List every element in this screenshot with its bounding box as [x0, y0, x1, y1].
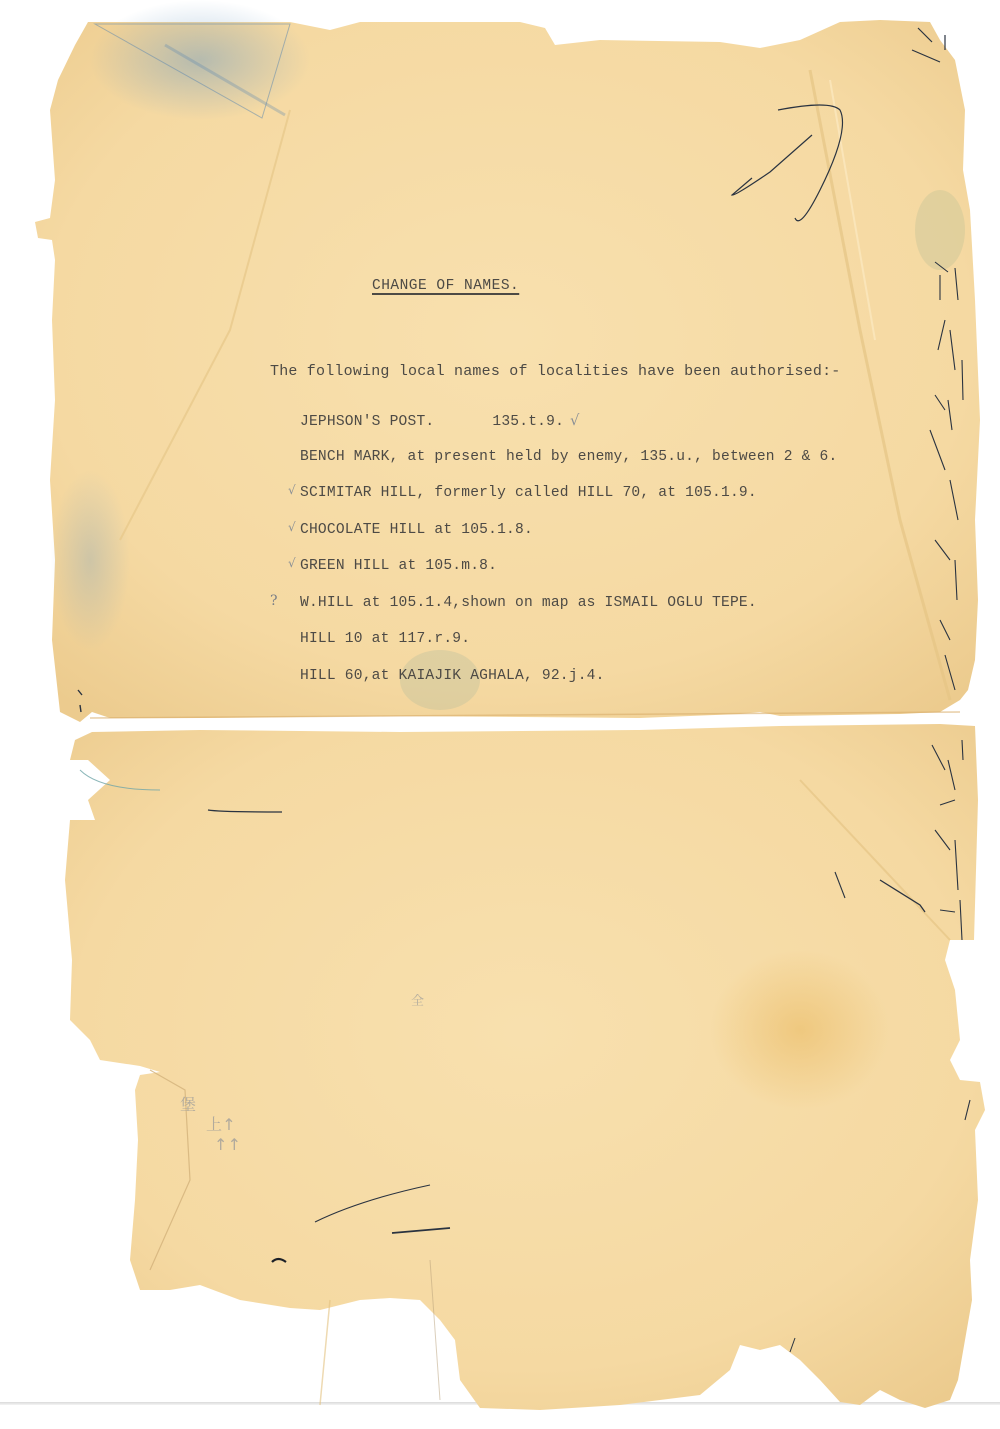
intro-sentence: The following local names of localities …: [270, 363, 841, 380]
entry-text: HILL 60,at KAIAJIK AGHALA, 92.j.4.: [300, 668, 605, 684]
pencil-annotation: 上↑: [180, 1115, 241, 1135]
pencil-annotation: 全: [411, 990, 424, 1009]
list-item: ? W.HILL at 105.1.4,shown on map as ISMA…: [300, 595, 837, 632]
list-item: √ CHOCOLATE HILL at 105.1.8.: [300, 522, 837, 559]
list-item: HILL 60,at KAIAJIK AGHALA, 92.j.4.: [300, 668, 837, 705]
document-title: CHANGE OF NAMES.: [372, 278, 519, 294]
entry-text: SCIMITAR HILL, formerly called HILL 70, …: [300, 485, 757, 501]
check-mark-icon: √: [570, 412, 580, 429]
list-item: √ SCIMITAR HILL, formerly called HILL 70…: [300, 485, 837, 522]
list-item: BENCH MARK, at present held by enemy, 13…: [300, 449, 837, 486]
pencil-annotation: 堡: [180, 1095, 241, 1115]
pencil-annotation-group: 堡 上↑ ↑↑: [180, 1095, 241, 1155]
list-item: √ GREEN HILL at 105.m.8.: [300, 558, 837, 595]
entry-text: GREEN HILL at 105.m.8.: [300, 558, 497, 574]
entry-text: W.HILL at 105.1.4,shown on map as ISMAIL…: [300, 595, 757, 611]
check-mark-icon: √: [288, 483, 296, 497]
check-mark-icon: √: [288, 556, 296, 570]
pencil-annotation: ↑↑: [180, 1135, 241, 1155]
list-item: JEPHSON'S POST.135.t.9.√: [300, 412, 837, 449]
entry-text: JEPHSON'S POST.: [300, 414, 434, 430]
entry-text: HILL 10 at 117.r.9.: [300, 631, 470, 647]
locality-list: JEPHSON'S POST.135.t.9.√ BENCH MARK, at …: [300, 412, 837, 704]
entry-text: CHOCOLATE HILL at 105.1.8.: [300, 522, 533, 538]
list-item: HILL 10 at 117.r.9.: [300, 631, 837, 668]
entry-text: BENCH MARK, at present held by enemy, 13…: [300, 449, 837, 465]
entry-reference: 135.t.9.: [492, 414, 564, 430]
typed-document: CHANGE OF NAMES. The following local nam…: [0, 0, 1000, 1429]
query-mark-icon: ?: [270, 593, 278, 609]
check-mark-icon: √: [288, 520, 296, 534]
